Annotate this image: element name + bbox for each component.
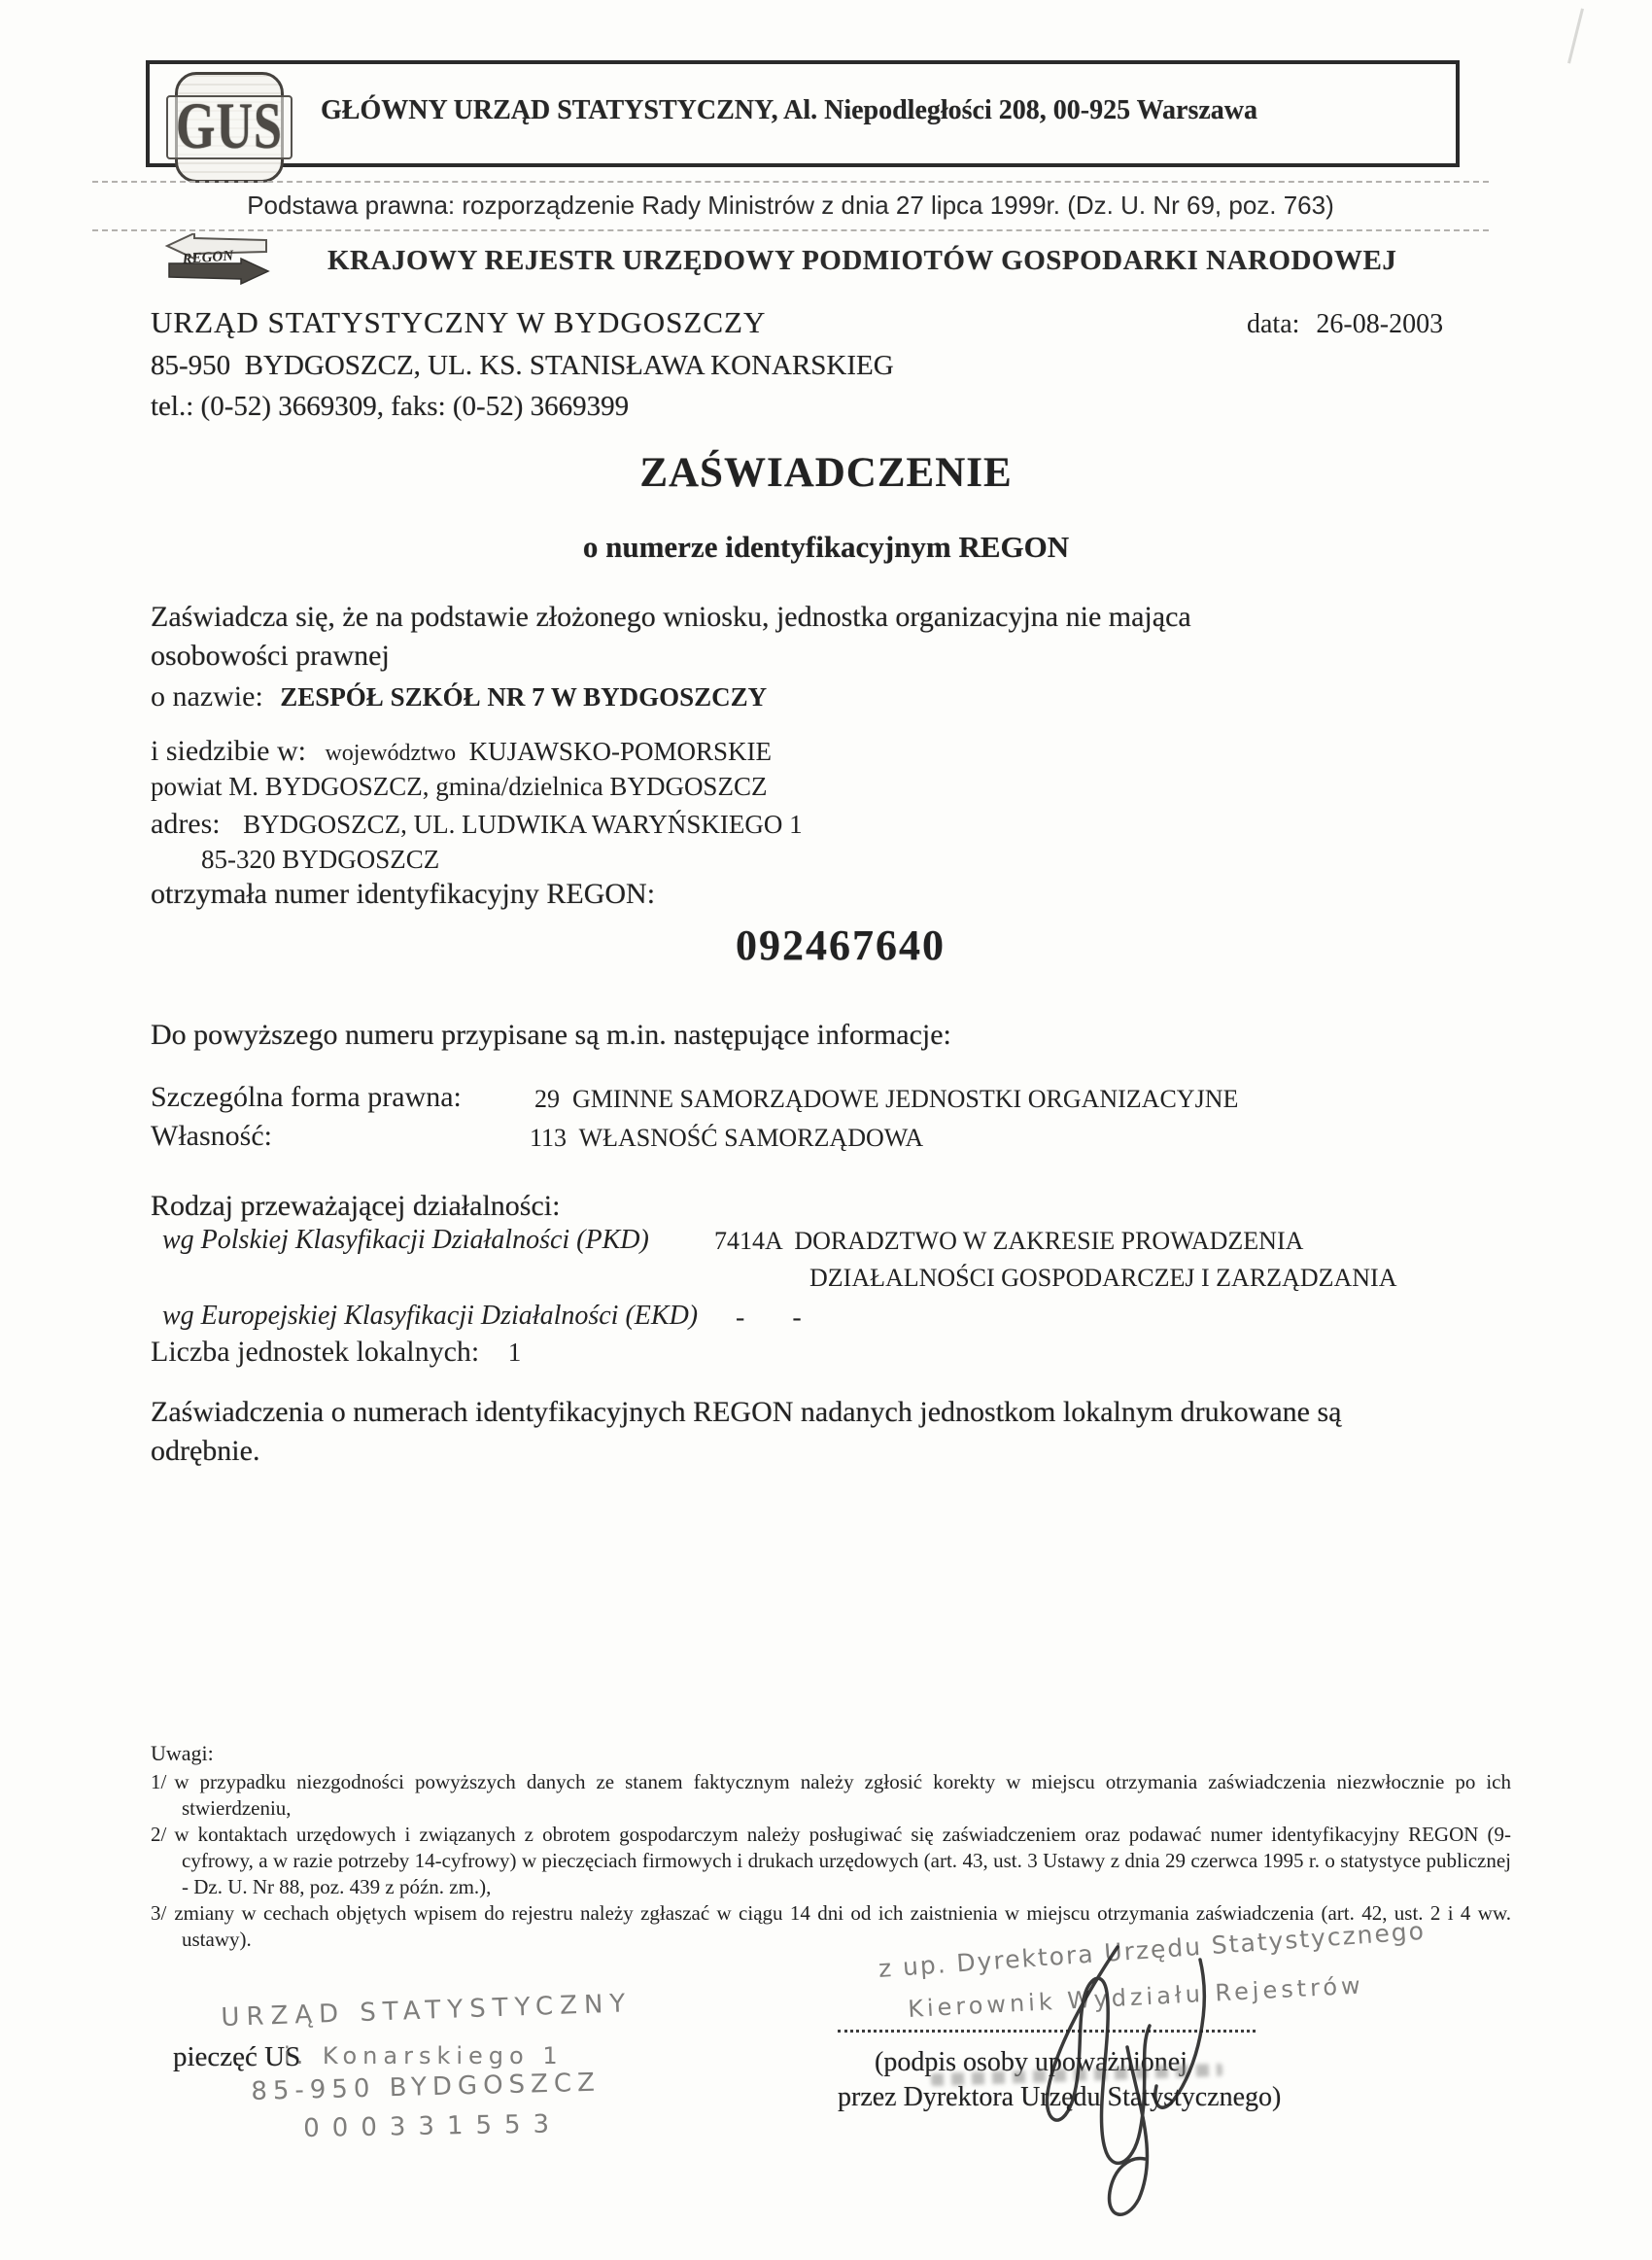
legal-form-label: Szczególna forma prawna: bbox=[151, 1081, 462, 1114]
local-note-line2: odrębnie. bbox=[151, 1435, 259, 1468]
issue-date-label: data: bbox=[1247, 309, 1299, 339]
regon-number: 092467640 bbox=[160, 921, 1521, 969]
office-stamp-line1: URZĄD STATYSTYCZNY bbox=[221, 1990, 633, 2033]
voivodeship-label: województwo bbox=[325, 741, 456, 766]
legal-basis-line: Podstawa prawna: rozporządzenie Rady Min… bbox=[92, 181, 1489, 231]
info-intro: Do powyższego numeru przypisane są m.in.… bbox=[151, 1019, 951, 1052]
ekd-value: - - bbox=[736, 1303, 802, 1333]
gus-logo-text: GUS bbox=[176, 90, 283, 164]
scan-artifact bbox=[1567, 8, 1584, 63]
signature-dotted-line bbox=[838, 2030, 1256, 2033]
gus-logo-frame: GUS bbox=[166, 95, 293, 159]
address-row: adres: BYDGOSZCZ, UL. LUDWIKA WARYŃSKIEG… bbox=[151, 808, 803, 841]
agency-title: GŁÓWNY URZĄD STATYSTYCZNY, Al. Niepodleg… bbox=[321, 95, 1257, 125]
note-text: w przypadku niezgodności powyższych dany… bbox=[174, 1770, 1511, 1820]
issue-date: data: 26-08-2003 bbox=[1247, 309, 1443, 339]
office-stamp-line3: 85-950 BYDGOSZCZ bbox=[251, 2069, 601, 2107]
entity-name-value: ZESPÓŁ SZKÓŁ NR 7 W BYDGOSZCZY bbox=[280, 682, 767, 712]
seal-printed-label: pieczęć US bbox=[173, 2041, 300, 2072]
note-text: w kontaktach urzędowych i związanych z o… bbox=[174, 1823, 1511, 1898]
certificate-title: ZAŚWIADCZENIE bbox=[146, 450, 1506, 497]
seat-label: i siedzibie w: bbox=[151, 735, 306, 767]
certificate-subtitle: o numerze identyfikacyjnym REGON bbox=[146, 531, 1506, 565]
note-item-2: 2/w kontaktach urzędowych i związanych z… bbox=[151, 1822, 1511, 1900]
voivodeship-value: KUJAWSKO-POMORSKIE bbox=[469, 737, 772, 766]
office-phone: tel.: (0-52) 3669309, faks: (0-52) 36693… bbox=[151, 391, 629, 422]
ownership-label: Własność: bbox=[151, 1120, 272, 1153]
office-stamp-line2: i. Konarskiego 1 bbox=[284, 2043, 564, 2069]
ownership-value: 113 WŁASNOŚĆ SAMORZĄDOWA bbox=[530, 1124, 923, 1152]
ekd-label: wg Europejskiej Klasyfikacji Działalnośc… bbox=[162, 1301, 698, 1331]
note-number: 3/ bbox=[151, 1901, 174, 1925]
pkd-label: wg Polskiej Klasyfikacji Działalności (P… bbox=[162, 1225, 649, 1255]
address-label: adres: bbox=[151, 808, 221, 840]
entity-name-label: o nazwie: bbox=[151, 680, 263, 713]
gus-logo: GUS bbox=[175, 72, 284, 183]
intro-line-1: Zaświadcza się, że na podstawie złożoneg… bbox=[151, 601, 1191, 634]
activity-header: Rodzaj przeważającej działalności: bbox=[151, 1190, 560, 1223]
local-units-label: Liczba jednostek lokalnych: bbox=[151, 1336, 479, 1368]
intro-line-2: osobowości prawnej bbox=[151, 640, 390, 673]
notes-header: Uwagi: bbox=[151, 1742, 214, 1766]
local-units-value: 1 bbox=[508, 1338, 522, 1367]
postal-row: 85-320 BYDGOSZCZ bbox=[201, 845, 439, 874]
pkd-value-line2: DZIAŁALNOŚCI GOSPODARCZEJ I ZARZĄDZANIA bbox=[809, 1264, 1396, 1292]
pkd-value-line1: 7414A DORADZTWO W ZAKRESIE PROWADZENIA bbox=[714, 1227, 1303, 1255]
entity-name-row: o nazwie: ZESPÓŁ SZKÓŁ NR 7 W BYDGOSZCZY bbox=[151, 680, 767, 713]
issue-date-value: 26-08-2003 bbox=[1316, 309, 1443, 339]
regon-arrows-icon: REGON bbox=[163, 233, 272, 286]
register-title: KRAJOWY REJESTR URZĘDOWY PODMIOTÓW GOSPO… bbox=[327, 245, 1396, 276]
address-value: BYDGOSZCZ, UL. LUDWIKA WARYŃSKIEGO 1 bbox=[243, 810, 803, 839]
local-units-row: Liczba jednostek lokalnych: 1 bbox=[151, 1336, 521, 1369]
signature-caption-line2: przez Dyrektora Urzędu Statystycznego) bbox=[838, 2082, 1281, 2112]
seat-row: i siedzibie w: województwo KUJAWSKO-POMO… bbox=[151, 735, 772, 768]
received-line: otrzymała numer identyfikacyjny REGON: bbox=[151, 878, 655, 911]
document-page: GUS GŁÓWNY URZĄD STATYSTYCZNY, Al. Niepo… bbox=[0, 0, 1652, 2260]
note-number: 1/ bbox=[151, 1770, 174, 1793]
note-number: 2/ bbox=[151, 1823, 174, 1846]
office-name: URZĄD STATYSTYCZNY W BYDGOSZCZY bbox=[151, 306, 766, 340]
office-stamp-line4: 000331553 bbox=[303, 2110, 562, 2143]
local-note-line1: Zaświadczenia o numerach identyfikacyjny… bbox=[151, 1396, 1341, 1429]
county-row: powiat M. BYDGOSZCZ, gmina/dzielnica BYD… bbox=[151, 772, 767, 801]
office-address: 85-950 BYDGOSZCZ, UL. KS. STANISŁAWA KON… bbox=[151, 350, 894, 381]
note-item-1: 1/w przypadku niezgodności powyższych da… bbox=[151, 1769, 1511, 1822]
authorization-stamp-line2: Kierownik Wydziału Rejestrów bbox=[908, 1972, 1365, 2022]
legal-form-value: 29 GMINNE SAMORZĄDOWE JEDNOSTKI ORGANIZA… bbox=[534, 1085, 1238, 1113]
